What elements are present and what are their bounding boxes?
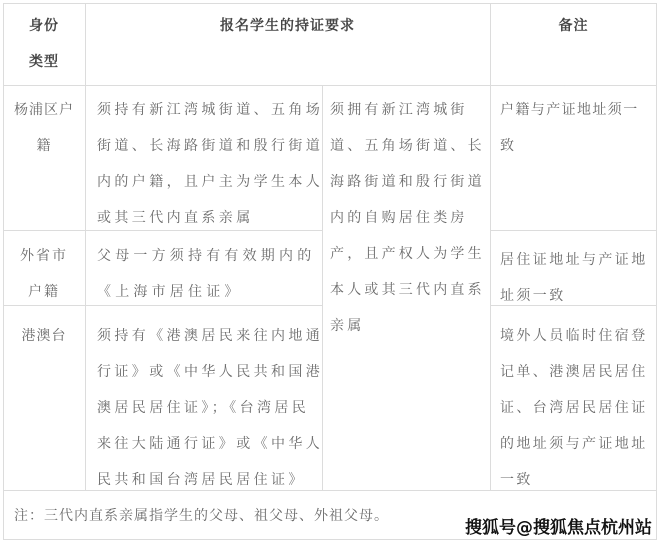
cell-line: 海路街道和殷行街道: [330, 164, 480, 200]
divider: [3, 85, 657, 86]
row-yangpu-requirement: 须持有新江湾城街道、五角场 街道、长海路街道和殷行街道 内的户籍，且户主为学生本…: [85, 92, 322, 236]
cell-line: 来往大陆通行证》或《中华人: [97, 426, 312, 462]
cell-line: 致: [500, 128, 647, 164]
header-identity-type: 身份 类型: [3, 8, 85, 80]
cell-line: 须持有新江湾城街道、五角场: [97, 92, 312, 128]
cell-line: 外省市: [3, 238, 85, 274]
shared-property-requirement: 须拥有新江湾城街 道、五角场街道、长 海路街道和殷行街道 内的自购居住类房 产，…: [322, 92, 490, 344]
cell-line: 记单、港澳居民居住: [500, 354, 647, 390]
cell-line: 内的户籍，且户主为学生本人: [97, 164, 312, 200]
row-other-province-type: 外省市 户籍: [3, 238, 85, 310]
divider: [490, 230, 657, 231]
cell-line: 本人或其三代内直系: [330, 272, 480, 308]
cell-line: 产，且产权人为学生: [330, 236, 480, 272]
cell-line: 境外人员临时住宿登: [500, 318, 647, 354]
header-line: 身份: [3, 8, 85, 44]
cell-line: 亲属: [330, 308, 480, 344]
cell-line: 址须一致: [500, 278, 647, 314]
row-yangpu-type: 杨浦区户 籍: [3, 92, 85, 164]
watermark: 搜狐号@搜狐焦点杭州站: [465, 513, 652, 538]
cell-line: 民共和国台湾居民居住证》: [97, 462, 312, 498]
cell-line: 道、五角场街道、长: [330, 128, 480, 164]
cell-line: 须拥有新江湾城街: [330, 92, 480, 128]
cell-line: 一致: [500, 462, 647, 498]
cell-line: 或其三代内直系亲属: [97, 200, 312, 236]
row-hk-macao-taiwan-requirement: 须持有《港澳居民来往内地通 行证》或《中华人民共和国港 澳居民居住证》；《台湾居…: [85, 318, 322, 498]
footnote: 注：三代内直系亲属指学生的父母、祖父母、外祖父母。: [14, 498, 474, 534]
cell-line: 港澳台: [3, 318, 85, 354]
header-requirements: 报名学生的持证要求: [85, 8, 490, 44]
cell-line: 父母一方须持有有效期内的: [97, 238, 312, 274]
row-hk-macao-taiwan-note: 境外人员临时住宿登 记单、港澳居民居住 证、台湾居民居住证 的地址须与产证地址 …: [490, 318, 657, 498]
cell-line: 内的自购居住类房: [330, 200, 480, 236]
cell-line: 行证》或《中华人民共和国港: [97, 354, 312, 390]
row-other-province-note: 居住证地址与产证地 址须一致: [490, 242, 657, 314]
cell-line: 居住证地址与产证地: [500, 242, 647, 278]
row-hk-macao-taiwan-type: 港澳台: [3, 318, 85, 354]
cell-line: 户籍: [3, 274, 85, 310]
header-notes: 备注: [490, 8, 657, 44]
row-yangpu-note: 户籍与产证地址须一 致: [490, 92, 657, 164]
cell-line: 须持有《港澳居民来往内地通: [97, 318, 312, 354]
row-other-province-requirement: 父母一方须持有有效期内的 《上海市居住证》: [85, 238, 322, 310]
cell-line: 籍: [3, 128, 85, 164]
cell-line: 澳居民居住证》；《台湾居民: [97, 390, 312, 426]
cell-line: 《上海市居住证》: [97, 274, 312, 310]
cell-line: 证、台湾居民居住证: [500, 390, 647, 426]
cell-line: 街道、长海路街道和殷行街道: [97, 128, 312, 164]
header-line: 类型: [3, 44, 85, 80]
cell-line: 的地址须与产证地址: [500, 426, 647, 462]
cell-line: 杨浦区户: [3, 92, 85, 128]
cell-line: 户籍与产证地址须一: [500, 92, 647, 128]
